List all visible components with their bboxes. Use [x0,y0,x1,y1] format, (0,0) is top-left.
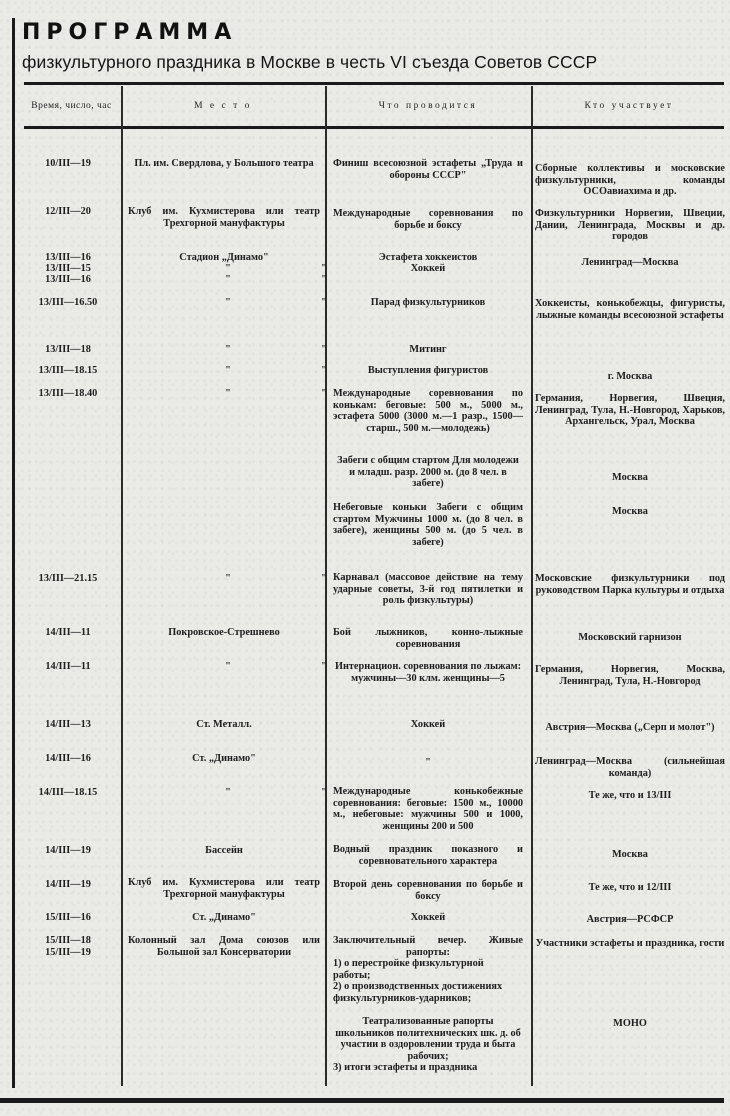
row-time: 14/III—11 [16,627,120,639]
row-time: 14/III—13 [16,719,120,731]
row-event: Бой лыжников, конно-лыжные соревнования [333,627,523,650]
footer-rule [0,1098,724,1103]
header-bottom-rule [24,126,724,129]
row-place: Пл. им. Свердлова, у Большого театра [128,158,320,170]
final-item-1: 1) о перестройке физкультурной работы; [333,958,523,981]
row-participants: Московские физкультурники под руководств… [535,573,725,596]
row-participants: Австрия—Москва („Серп и молот") [535,722,725,734]
page-subtitle: физкультурного праздника в Москве в чест… [22,52,597,73]
row-participants: Участники эстафеты и праздника, гости [535,938,725,950]
row-event: Хоккей [333,263,523,275]
row-event: Заключительный вечер. Живые рапорты: [333,935,523,958]
row-time: 15/III—18 15/III—19 [16,935,120,958]
row-event: Хоккей [333,719,523,731]
header-top-rule [24,82,724,85]
row-time: 14/III—11 [16,661,120,673]
row-place: Колонный зал Дома союзов или Большой зал… [128,935,320,958]
row-time: 13/III—21.15 [16,573,120,585]
row-place: Клуб им. Кухмистерова или театр Трехгорн… [128,206,320,229]
row-time: 13/III—18.40 [16,388,120,400]
row-event: Международные соревнования по борьбе и б… [333,208,523,231]
row-event: Хоккей [333,912,523,924]
row-event: Парад физкультурников [333,297,523,309]
header-participants: Кто участвует [533,86,725,126]
row-time: 14/III—19 [16,879,120,891]
row-event: Международные соревнования по конькам: б… [333,388,523,434]
header-place: М е с т о [123,86,323,126]
row-event: Эстафета хоккеистов [333,252,523,264]
row-time: 10/III—19 [16,158,120,170]
row-place: Стадион „Динамо" [128,252,320,264]
row-event: Второй день соревнования по борьбе и бок… [333,879,523,902]
row-participants: Ленинград—Москва [535,257,725,269]
row-participants: Москва [535,472,725,484]
row-time: 13/III—16 [16,274,120,286]
row-place: Ст. Металл. [128,719,320,731]
row-time: 13/III—16 [16,252,120,264]
row-time: 14/III—16 [16,753,120,765]
row-time: 14/III—19 [16,845,120,857]
row-participants: Германия, Норвегия, Москва, Ленинград, Т… [535,664,725,687]
row-participants: Германия, Норвегия, Швеция, Ленинград, Т… [535,393,725,428]
column-divider-3 [531,86,533,1086]
row-place-ditto: "" [128,274,424,286]
row-participants: Физкультурники Норвегии, Швеции, Дании, … [535,208,725,243]
row-place: Ст. „Динамо" [128,912,320,924]
left-margin-rule [12,18,15,1088]
row-participants: Сборные коллективы и московские физкульт… [535,163,725,198]
row-participants: Австрия—РСФСР [535,914,725,926]
final-item-2: 2) о производственных достижениях физкул… [333,981,523,1004]
row-event: Карнавал (массовое действие на тему удар… [333,572,523,607]
row-time: 12/III—20 [16,206,120,218]
row-event: Выступления фигуристов [333,365,523,377]
row-place: Покровское-Стрешнево [128,627,320,639]
row-time: 13/III—18.15 [16,365,120,377]
row-participants: г. Москва [535,371,725,383]
row-time: 14/III—18.15 [16,787,120,799]
final-item-4: 3) итоги эстафеты и праздника [333,1062,523,1074]
row-participants: Те же, что и 12/III [535,882,725,894]
row-place: Клуб им. Кухмистерова или театр Трехгорн… [128,877,320,900]
column-divider-1 [121,86,123,1086]
row-event: Интернацион. соревнования по лыжам: мужч… [333,661,523,684]
row-participants: Москва [535,506,725,518]
final-item-3: Театрализованные рапорты школьников поли… [333,1016,523,1062]
row-participants: Москва [535,849,725,861]
row-event: Водный праздник показного и соревновател… [333,844,523,867]
row-participants: Ленинград—Москва (сильнейшая команда) [535,756,725,779]
row-event: Забеги с общим стартом Для молодежи и мл… [333,455,523,490]
header-event: Что проводится [327,86,529,126]
row-time: 13/III—16.50 [16,297,120,309]
row-place: Бассейн [128,845,320,857]
row-event: Международные конькобежные соревнования:… [333,786,523,832]
row-event: Финиш всесоюзной эстафеты „Труда и оборо… [333,158,523,181]
row-event-ditto: " [333,757,523,769]
row-event: Митинг [333,344,523,356]
row-event: Небеговые коньки Забеги с общим стартом … [333,502,523,548]
row-participants: Московский гарнизон [535,632,725,644]
row-time: 13/III—15 [16,263,120,275]
row-participants: Хоккеисты, конькобежцы, фигуристы, лыжны… [535,298,725,321]
column-divider-2 [325,86,327,1086]
row-time: 13/III—18 [16,344,120,356]
final-participant-extra: МОНО [535,1018,725,1030]
row-time: 15/III—16 [16,912,120,924]
row-place: Ст. „Динамо" [128,753,320,765]
header-time: Время, число, час [24,86,119,126]
page-title: ПРОГРАММА [22,20,237,45]
row-participants: Те же, что и 13/III [535,790,725,802]
